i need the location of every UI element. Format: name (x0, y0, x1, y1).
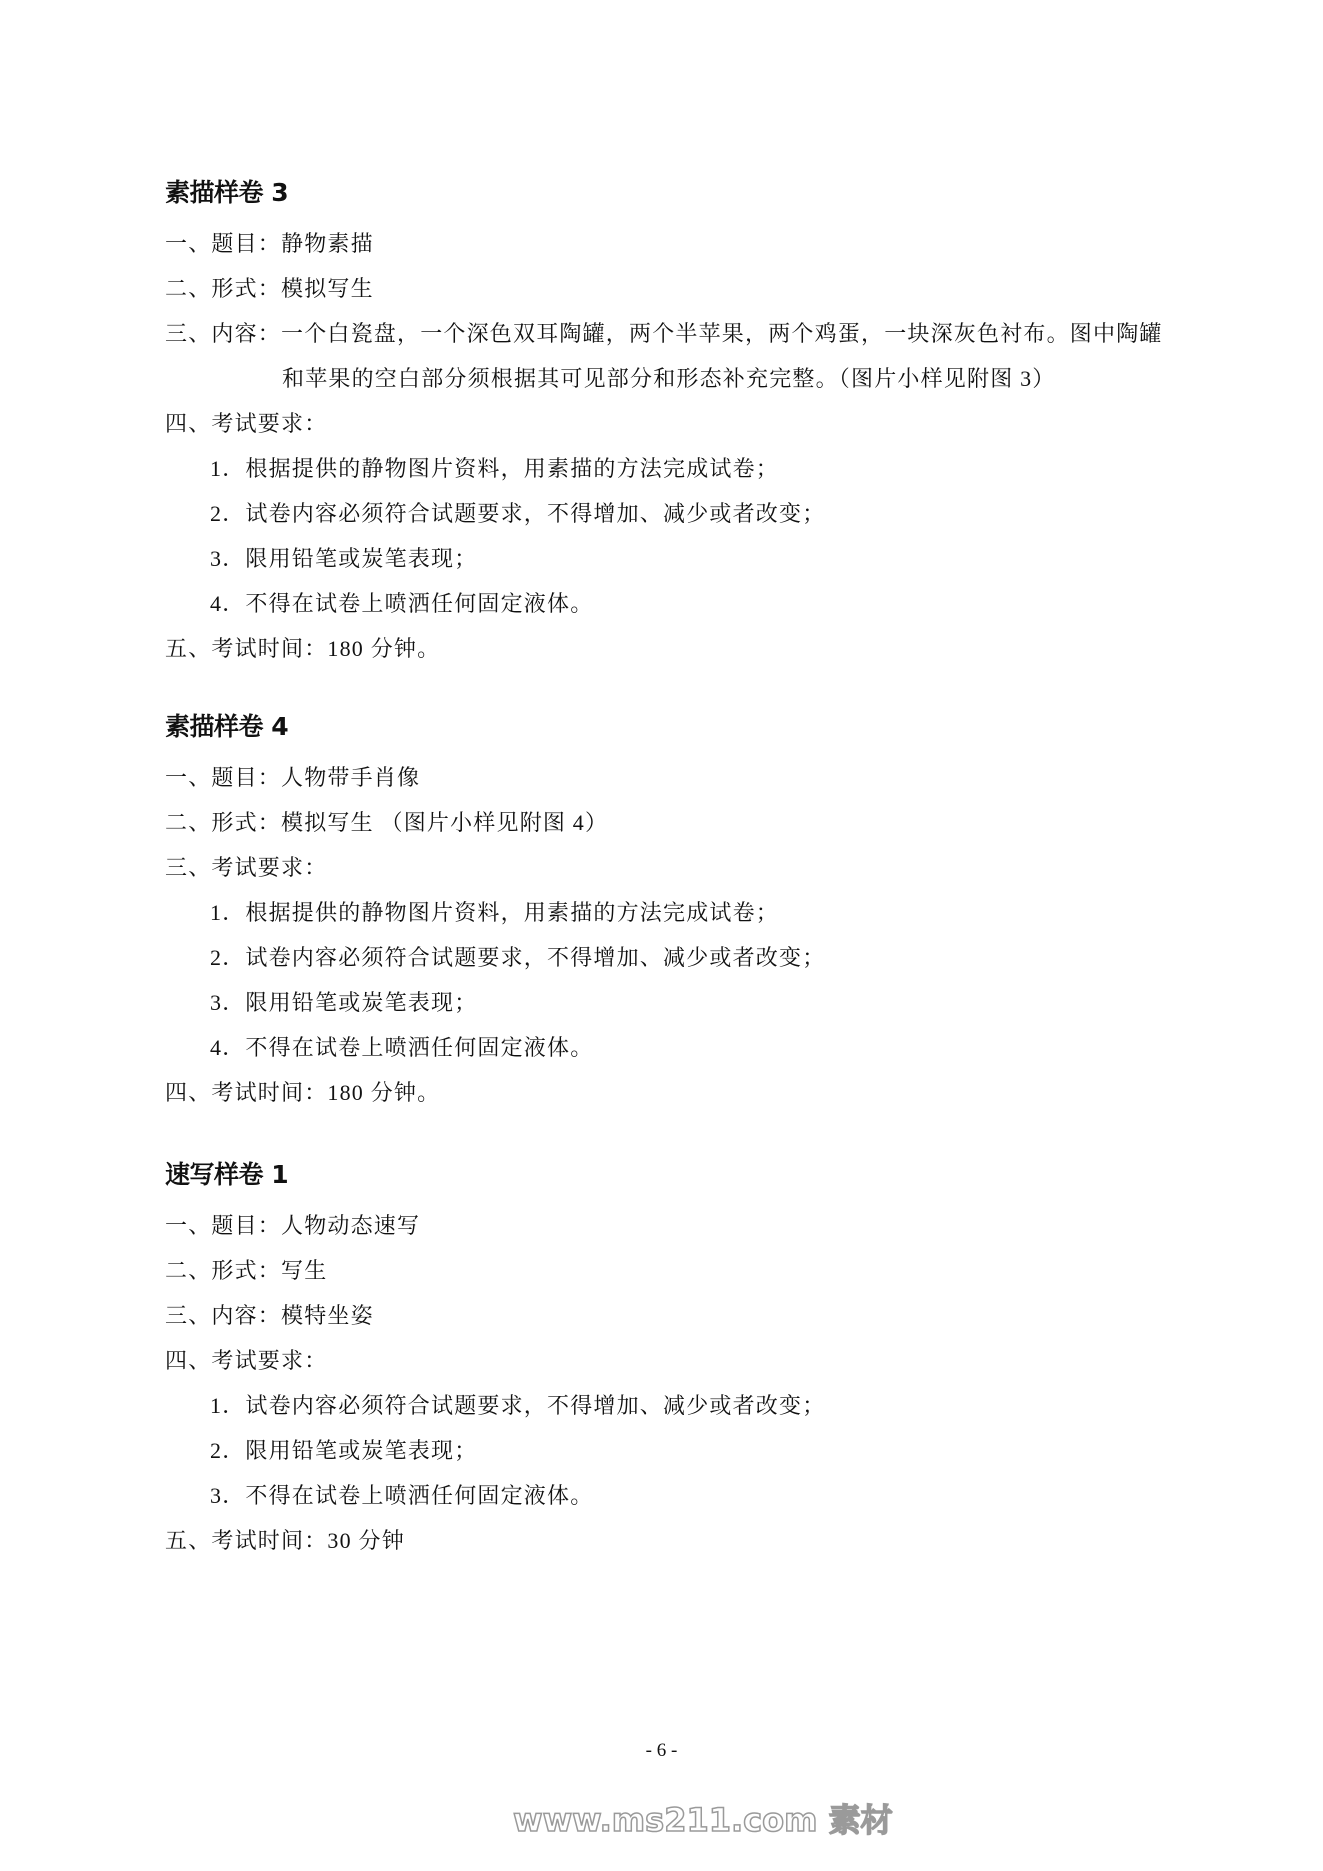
requirement-4: 4．不得在试卷上喷洒任何固定液体。 (165, 1025, 1165, 1070)
item-exam-time: 五、考试时间：30 分钟 (165, 1518, 1165, 1563)
item-content: 三、内容：模特坐姿 (165, 1293, 1165, 1338)
item-content: 三、内容：一个白瓷盘，一个深色双耳陶罐，两个半苹果，两个鸡蛋，一块深灰色衬布。图… (165, 311, 1165, 356)
section-title: 素描样卷 4 (165, 710, 1165, 744)
item-form: 二、形式：写生 (165, 1248, 1165, 1293)
requirement-2: 2．试卷内容必须符合试题要求，不得增加、减少或者改变； (165, 491, 1165, 536)
requirement-2: 2．限用铅笔或炭笔表现； (165, 1428, 1165, 1473)
item-form: 二、形式：模拟写生 (165, 266, 1165, 311)
item-requirements: 四、考试要求： (165, 1338, 1165, 1383)
section-title: 速写样卷 1 (165, 1158, 1165, 1192)
requirement-4: 4．不得在试卷上喷洒任何固定液体。 (165, 581, 1165, 626)
requirement-3: 3．不得在试卷上喷洒任何固定液体。 (165, 1473, 1165, 1518)
section-sketch-sample-4: 素描样卷 4 一、题目：人物带手肖像 二、形式：模拟写生 （图片小样见附图 4）… (165, 710, 1165, 1115)
item-topic: 一、题目：人物带手肖像 (165, 755, 1165, 800)
item-exam-time: 五、考试时间：180 分钟。 (165, 626, 1165, 671)
item-content-continued: 和苹果的空白部分须根据其可见部分和形态补充完整。（图片小样见附图 3） (165, 356, 1165, 401)
requirement-1: 1．根据提供的静物图片资料，用素描的方法完成试卷； (165, 446, 1165, 491)
requirement-1: 1．试卷内容必须符合试题要求，不得增加、减少或者改变； (165, 1383, 1165, 1428)
requirement-2: 2．试卷内容必须符合试题要求，不得增加、减少或者改变； (165, 935, 1165, 980)
item-requirements: 四、考试要求： (165, 401, 1165, 446)
item-topic: 一、题目：静物素描 (165, 221, 1165, 266)
requirement-3: 3．限用铅笔或炭笔表现； (165, 980, 1165, 1025)
document-page: 素描样卷 3 一、题目：静物素描 二、形式：模拟写生 三、内容：一个白瓷盘，一个… (0, 0, 1323, 1871)
item-form: 二、形式：模拟写生 （图片小样见附图 4） (165, 800, 1165, 845)
item-requirements: 三、考试要求： (165, 845, 1165, 890)
section-title: 素描样卷 3 (165, 176, 1165, 210)
requirement-1: 1．根据提供的静物图片资料，用素描的方法完成试卷； (165, 890, 1165, 935)
section-sketch-sample-3: 素描样卷 3 一、题目：静物素描 二、形式：模拟写生 三、内容：一个白瓷盘，一个… (165, 176, 1165, 671)
item-topic: 一、题目：人物动态速写 (165, 1203, 1165, 1248)
page-number: - 6 - (0, 1740, 1323, 1762)
watermark: www.ms211.com 素材 (513, 1795, 893, 1841)
item-exam-time: 四、考试时间：180 分钟。 (165, 1070, 1165, 1115)
requirement-3: 3．限用铅笔或炭笔表现； (165, 536, 1165, 581)
section-quick-sketch-sample-1: 速写样卷 1 一、题目：人物动态速写 二、形式：写生 三、内容：模特坐姿 四、考… (165, 1158, 1165, 1563)
